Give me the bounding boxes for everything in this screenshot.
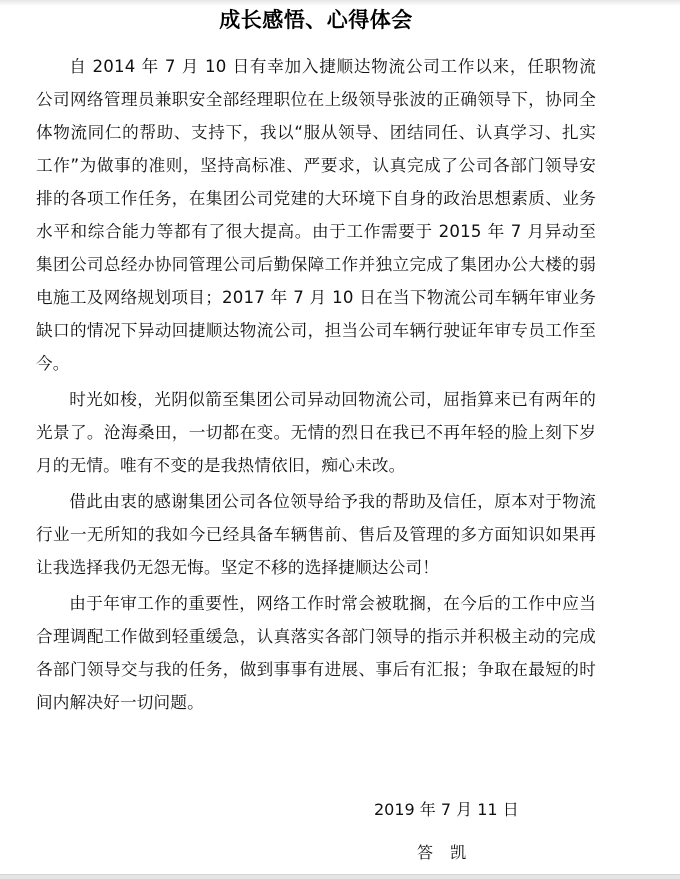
paragraph-2: 时光如梭，光阴似箭至集团公司异动回物流公司，屈指算来已有两年的光景了。沧海桑田，… — [36, 383, 596, 482]
signature-name: 答 凯 — [417, 842, 680, 864]
paragraph-3: 借此由衷的感谢集团公司各位领导给予我的帮助及信任，原本对于物流行业一无所知的我如… — [36, 485, 596, 584]
bottom-edge-band — [0, 874, 680, 879]
paragraph-4: 由于年审工作的重要性，网络工作时常会被耽搁，在今后的工作中应当合理调配工作做到轻… — [36, 587, 596, 719]
signature-date: 2019 年 7 月 11 日 — [374, 799, 680, 821]
document-title: 成长感悟、心得体会 — [36, 4, 596, 36]
document-page: 成长感悟、心得体会 自 2014 年 7 月 10 日有幸加入捷顺达物流公司工作… — [36, 4, 596, 722]
paragraph-1: 自 2014 年 7 月 10 日有幸加入捷顺达物流公司工作以来，任职物流公司网… — [36, 50, 596, 380]
